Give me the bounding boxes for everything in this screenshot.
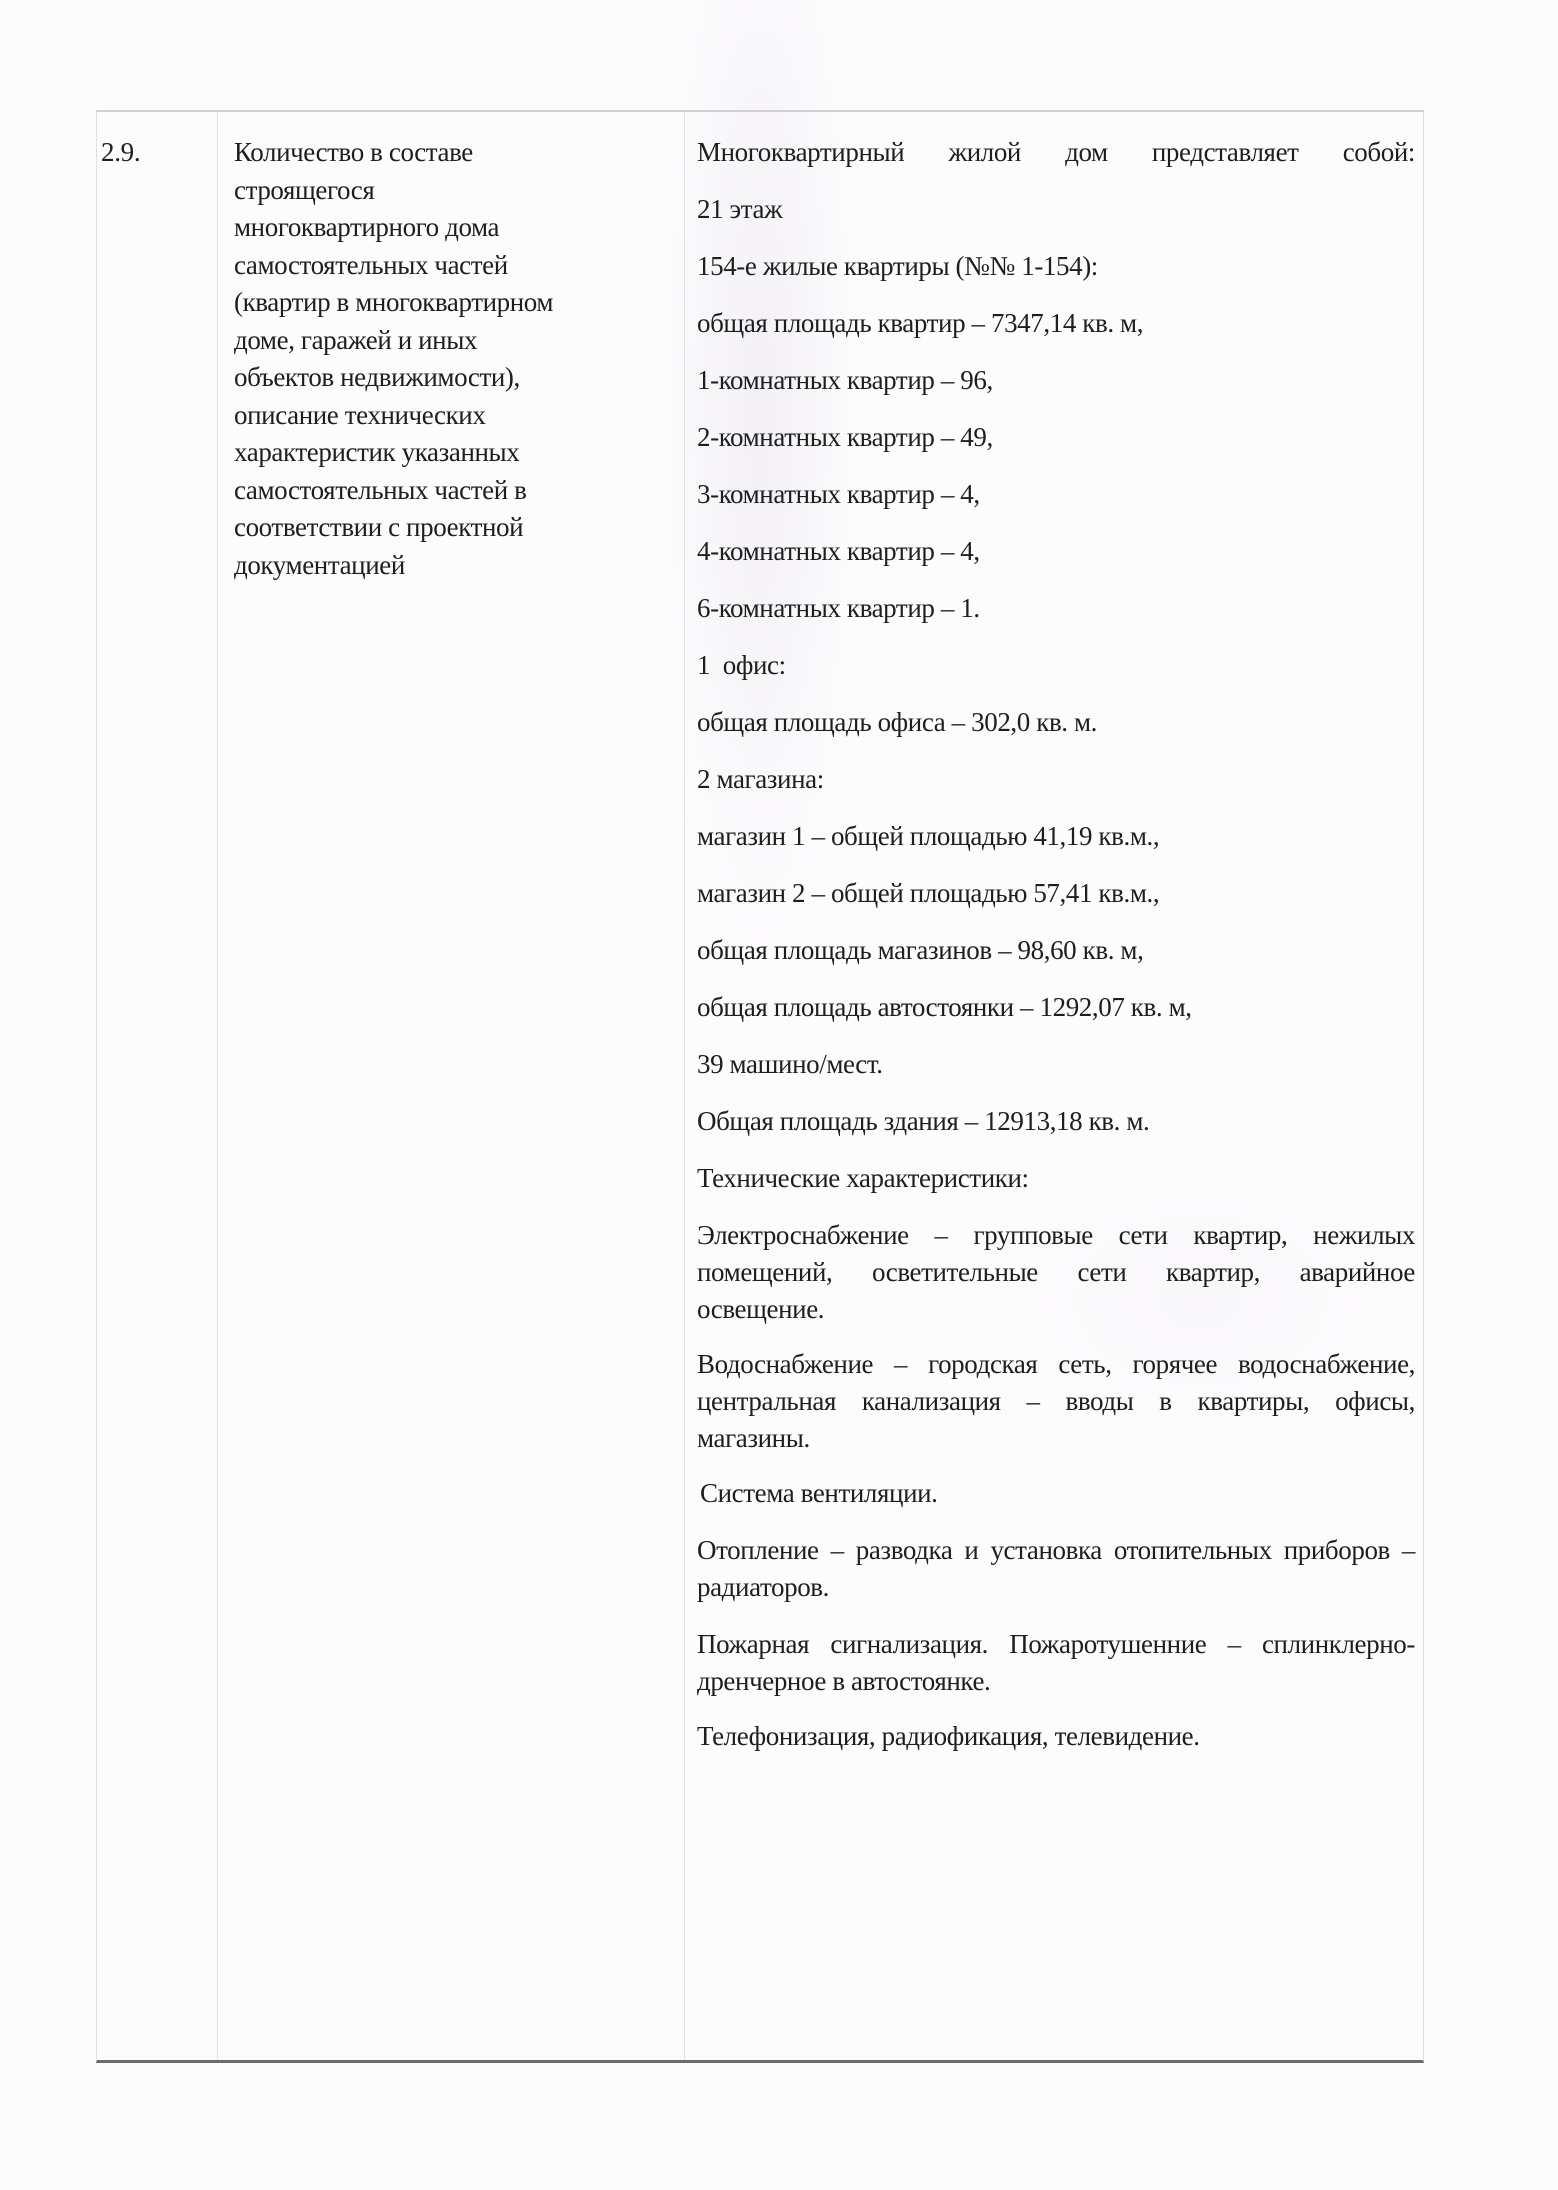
parking-spaces: 39 машино/мест.: [697, 1046, 1415, 1083]
shops-total-area: общая площадь магазинов – 98,60 кв. м,: [697, 932, 1415, 969]
tech-fire: Пожарная сигнализация. Пожаротушенние – …: [697, 1626, 1415, 1700]
shop-2-area: магазин 2 – общей площадью 57,41 кв.м.,: [697, 875, 1415, 912]
apartment-count-2room: 2-комнатных квартир – 49,: [697, 419, 1415, 456]
apartment-count-1room: 1-комнатных квартир – 96,: [697, 362, 1415, 399]
tech-heating: Отопление – разводка и установка отопите…: [697, 1532, 1415, 1606]
tech-water: Водоснабжение – городская сеть, горячее …: [697, 1346, 1415, 1457]
tech-ventilation: Система вентиляции.: [697, 1475, 1415, 1512]
row-label-line: соответствии с проектной: [234, 509, 674, 547]
row-label-line: объектов недвижимости),: [234, 359, 674, 397]
tech-telecom: Телефонизация, радиофикация, телевидение…: [697, 1718, 1415, 1755]
intro-text: Многоквартирный жилой дом представляет с…: [697, 134, 1415, 171]
row-label-line: самостоятельных частей в: [234, 472, 674, 510]
document-table: 2.9. Количество в составестроящегосямног…: [96, 110, 1424, 2063]
apartments-total-area: общая площадь квартир – 7347,14 кв. м,: [697, 305, 1415, 342]
column-divider: [217, 112, 218, 2060]
shops-heading: 2 магазина:: [697, 761, 1415, 798]
apartment-count-6room: 6-комнатных квартир – 1.: [697, 590, 1415, 627]
apartment-count-4room: 4-комнатных квартир – 4,: [697, 533, 1415, 570]
row-description: Многоквартирный жилой дом представляет с…: [697, 112, 1415, 1775]
shop-1-area: магазин 1 – общей площадью 41,19 кв.м.,: [697, 818, 1415, 855]
apartments-heading: 154-е жилые квартиры (№№ 1-154):: [697, 248, 1415, 285]
row-label-line: Количество в составе: [234, 134, 674, 172]
building-total-area: Общая площадь здания – 12913,18 кв. м.: [697, 1103, 1415, 1140]
row-label-line: документацией: [234, 547, 674, 585]
office-heading: 1 офис:: [697, 647, 1415, 684]
floors-text: 21 этаж: [697, 191, 1415, 228]
row-label-line: строящегося: [234, 172, 674, 210]
office-area: общая площадь офиса – 302,0 кв. м.: [697, 704, 1415, 741]
tech-electricity: Электроснабжение – групповые сети кварти…: [697, 1217, 1415, 1328]
parking-area: общая площадь автостоянки – 1292,07 кв. …: [697, 989, 1415, 1026]
column-divider: [684, 112, 685, 2060]
row-number-text: 2.9.: [101, 137, 140, 167]
row-label-line: доме, гаражей и иных: [234, 322, 674, 360]
tech-heading: Технические характеристики:: [697, 1160, 1415, 1197]
row-number: 2.9.: [97, 112, 217, 171]
row-label-line: (квартир в многоквартирном: [234, 284, 674, 322]
row-label-line: самостоятельных частей: [234, 247, 674, 285]
apartment-count-3room: 3-комнатных квартир – 4,: [697, 476, 1415, 513]
row-label: Количество в составестроящегосямногоквар…: [234, 112, 674, 584]
row-label-line: многоквартирного дома: [234, 209, 674, 247]
row-label-line: описание технических: [234, 397, 674, 435]
row-label-line: характеристик указанных: [234, 434, 674, 472]
